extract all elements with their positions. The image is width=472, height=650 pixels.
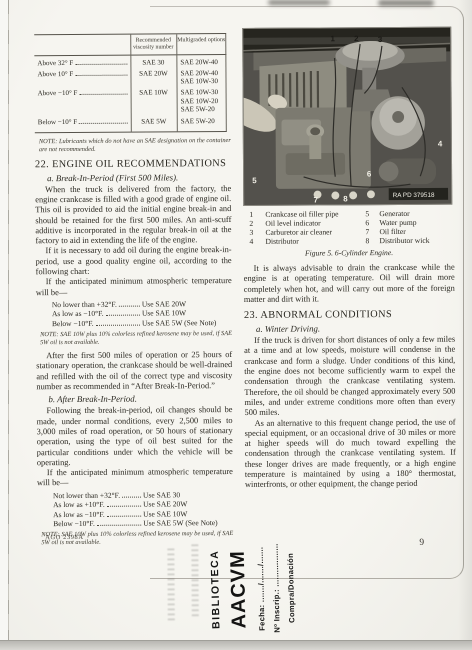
callout-6: 6	[367, 169, 372, 178]
stamp-library-word: BIBLIOTECA	[209, 550, 223, 629]
temp-range: Above −10° F	[38, 89, 78, 98]
chart-condition: Below −10°F.	[53, 519, 95, 529]
dot-leader	[122, 496, 141, 497]
chart-condition: Not lower than +32°F.	[53, 490, 120, 500]
photo-credit: RA PD 379518	[393, 192, 435, 199]
chart-condition: No lower than +32°F.	[52, 300, 117, 310]
section-22-heading: 22. ENGINE OIL RECOMMENDATIONS	[35, 158, 231, 170]
viscosity-value: SAE 20W	[130, 69, 176, 78]
page-number: 9	[419, 538, 424, 548]
table-rule	[225, 34, 227, 131]
kerosene-note: NOTE: SAE 10W plus 10% colorless refined…	[40, 330, 232, 347]
generator	[379, 158, 437, 184]
stamp-inscription-line: Nº Inscrip.: ..................	[271, 544, 282, 633]
table-header-blank	[34, 35, 130, 56]
chart-condition: As low as −10°F.	[53, 509, 105, 519]
stamp-acquisition-line: Compra/Donación	[286, 553, 297, 623]
chart-recommendation: Use SAE 5W (See Note)	[142, 318, 232, 328]
stamp-date-line: Fecha: ......./......./.......	[256, 547, 267, 631]
library-stamp: BIBLIOTECA AACVM Fecha: ......./......./…	[208, 533, 297, 645]
paragraph: As an alternative to this frequent chang…	[245, 417, 456, 490]
temp-range: Above 10° F	[37, 70, 73, 79]
callout-3: 3	[378, 35, 383, 44]
viscosity-value: SAE 5W	[131, 117, 177, 126]
multigrade-option: SAE 5W-20	[181, 117, 227, 126]
callout-2: 2	[354, 34, 359, 43]
engine-block	[275, 107, 370, 189]
scan-margin-strip	[0, 0, 8, 650]
faint-stamp-mark	[191, 542, 198, 616]
dot-leader	[79, 94, 127, 95]
viscosity-value: SAE 10W	[131, 89, 177, 98]
legend-num: 3	[249, 228, 261, 237]
callout-7: 7	[314, 196, 319, 205]
right-column: 1 2 3 4 5 6 7 8 RA PD 379518 1 Crankcase…	[242, 27, 456, 491]
legend-label: Distributor wick	[379, 236, 454, 245]
legend-num: 5	[365, 209, 375, 218]
dot-leader	[119, 306, 140, 307]
multigrade-option: SAE 5W-20	[181, 106, 227, 115]
dot-leader	[107, 506, 141, 507]
dot-leader	[106, 315, 140, 316]
dot-leader	[75, 74, 127, 75]
page-content: Recommended viscosity number Multigraded…	[0, 0, 472, 650]
dot-leader	[107, 515, 141, 516]
chart-recommendation: Use SAE 30	[143, 490, 233, 500]
legend-label: Generator	[379, 209, 454, 218]
viscosity-value: SAE 30	[130, 58, 176, 67]
paragraph: Following the break-in-period, oil chang…	[36, 405, 232, 468]
legend-num: 6	[365, 218, 375, 227]
paragraph: After the first 500 miles of operation o…	[36, 350, 232, 392]
table-header-viscosity: Recommended viscosity number	[130, 34, 176, 54]
stamp-org-name: AACVM	[227, 550, 252, 629]
legend-label: Water pump	[379, 218, 454, 227]
faint-stamp-mark	[167, 546, 174, 620]
multigrade-option: SAE 10W-20	[181, 97, 227, 106]
multigrade-option: SAE 10W-30	[181, 88, 227, 97]
legend-num: 1	[249, 210, 261, 219]
temp-range: Above 32° F	[37, 58, 73, 67]
photo-credit-label: RA PD 379518	[389, 188, 448, 200]
paragraph: If the anticipated minimum atmospheric t…	[37, 467, 233, 489]
engine-photo: 1 2 3 4 5 6 7 8 RA PD 379518	[242, 27, 452, 206]
section-22b-subheading: b. After Break-In-Period.	[48, 393, 232, 404]
section-22a-subheading: a. Break-In-Period (First 500 Miles).	[47, 172, 231, 183]
table-note: NOTE: Lubricants which do not have an SA…	[39, 137, 231, 154]
dot-leader	[75, 63, 127, 64]
chart-condition: As low as −10°F.	[52, 309, 104, 319]
table-header-multigrade: Multigraded options	[176, 34, 226, 54]
scan-bed-edge	[0, 640, 472, 650]
footer-publication-code: AGO 2398A	[45, 534, 83, 541]
figure-legend: 1 Crankcase oil filler pipe 5 Generator …	[249, 209, 454, 246]
callout-4: 4	[438, 139, 443, 148]
chart-recommendation: Use SAE 20W	[143, 499, 233, 509]
chart-condition: Below −10°F.	[52, 319, 94, 329]
scan-edge-line	[8, 0, 9, 650]
paragraph: When the truck is delivered from the fac…	[35, 184, 231, 247]
callout-5: 5	[252, 176, 257, 185]
legend-num: 4	[249, 237, 261, 246]
scanned-page: Recommended viscosity number Multigraded…	[0, 0, 472, 650]
oil-viscosity-table: Recommended viscosity number Multigraded…	[34, 33, 227, 133]
after-break-in-oil-chart: Not lower than +32°F.Use SAE 30 As low a…	[53, 490, 233, 529]
chart-recommendation: Use SAE 20W	[142, 299, 232, 309]
chart-recommendation: Use SAE 10W	[142, 308, 232, 318]
paragraph: If the truck is driven for short distanc…	[244, 335, 455, 419]
figure-caption: Figure 5. 6-Cylinder Engine.	[244, 248, 455, 258]
multigrade-option: SAE 10W-30	[180, 77, 226, 86]
dot-leader	[97, 525, 141, 526]
section-23-heading: 23. ABNORMAL CONDITIONS	[244, 309, 455, 321]
legend-num: 8	[365, 236, 375, 245]
scan-shadow	[458, 0, 472, 650]
paragraph: If the anticipated minimum atmospheric t…	[36, 276, 232, 298]
section-23a-subheading: a. Winter Driving.	[256, 323, 455, 334]
callout-8: 8	[343, 194, 348, 203]
legend-num: 7	[365, 227, 375, 236]
chart-condition: As low as +10°F.	[53, 500, 105, 510]
chart-recommendation: Use SAE 5W (See Note)	[143, 518, 233, 528]
oil-filter	[371, 96, 425, 150]
legend-label: Oil filter	[379, 227, 454, 236]
multigrade-option: SAE 20W-40	[180, 69, 226, 78]
dot-leader	[96, 324, 140, 325]
multigrade-option: SAE 20W-40	[180, 58, 226, 67]
dot-leader	[79, 122, 128, 123]
legend-label: Distributor	[265, 236, 361, 246]
chart-recommendation: Use SAE 10W	[143, 509, 233, 519]
temp-range: Below −10° F	[38, 118, 77, 127]
left-column: Recommended viscosity number Multigraded…	[34, 33, 233, 552]
legend-num: 2	[249, 219, 261, 228]
callout-1: 1	[330, 34, 335, 43]
paragraph: If it is necessary to add oil during the…	[36, 245, 232, 277]
break-in-oil-chart: No lower than +32°F.Use SAE 20W As low a…	[52, 299, 232, 328]
paragraph: It is always advisable to drain the cran…	[244, 263, 455, 305]
